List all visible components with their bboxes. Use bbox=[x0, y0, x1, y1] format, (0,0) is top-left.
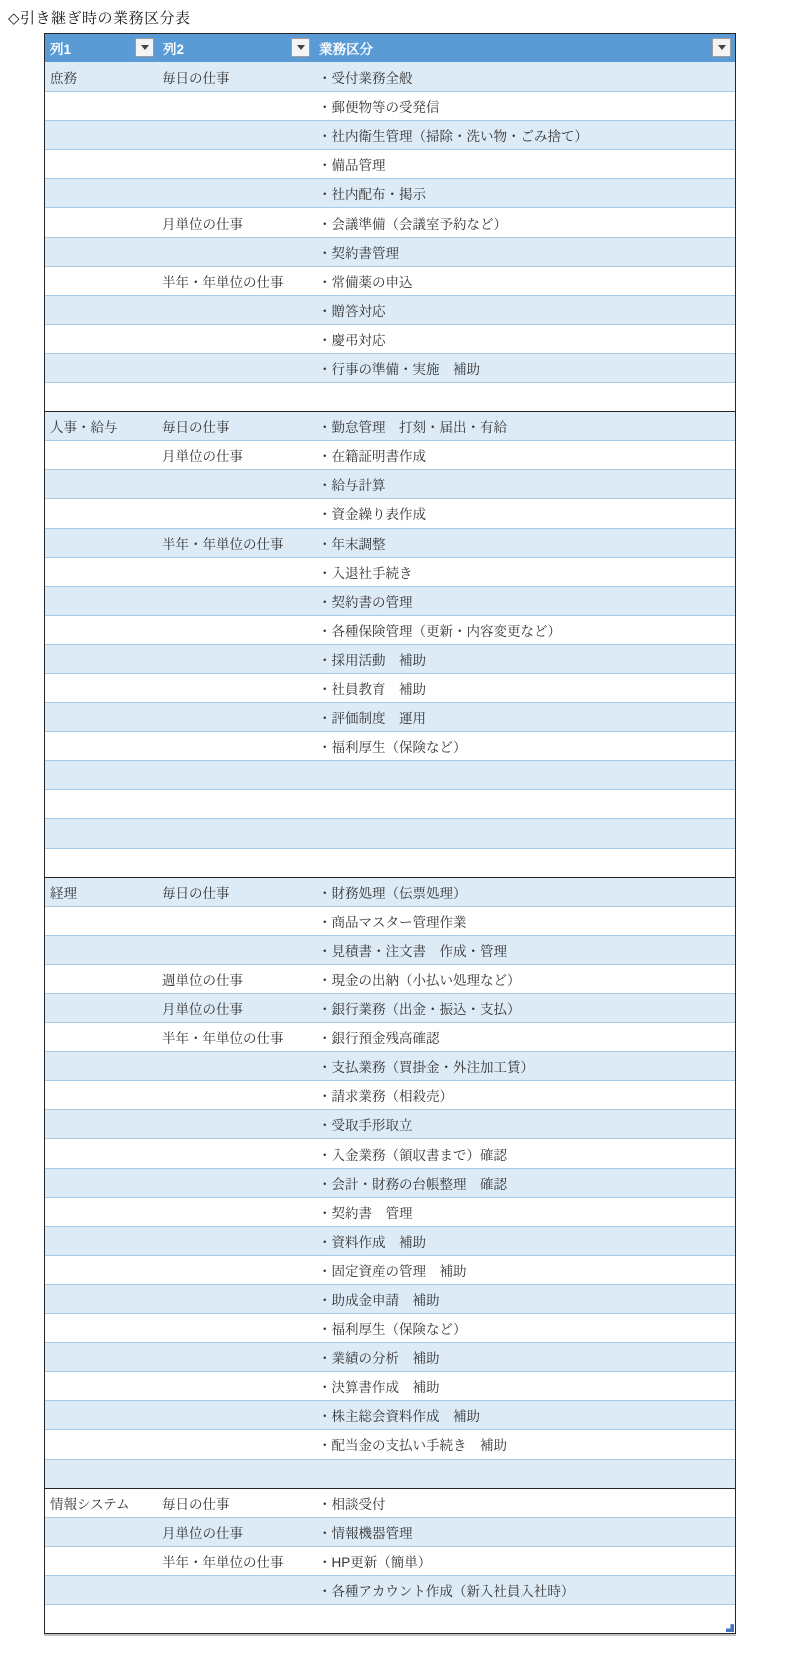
cell-task[interactable]: ・固定資産の管理 補助 bbox=[314, 1256, 735, 1284]
cell-task[interactable]: ・郵便物等の受発信 bbox=[314, 92, 735, 120]
cell-task[interactable]: ・見積書・注文書 作成・管理 bbox=[314, 936, 735, 964]
filter-dropdown-button-col1[interactable] bbox=[135, 38, 154, 57]
cell-task[interactable]: ・社内配布・掲示 bbox=[314, 179, 735, 207]
table-row bbox=[45, 789, 735, 818]
cell-category[interactable] bbox=[45, 238, 158, 266]
cell-category[interactable] bbox=[45, 1285, 158, 1313]
table-row: 半年・年単位の仕事 ・銀行預金残高確認 bbox=[45, 1022, 735, 1051]
table-row bbox=[45, 1459, 735, 1488]
cell-work-cycle[interactable] bbox=[158, 1605, 314, 1633]
cell-work-cycle[interactable] bbox=[158, 1198, 314, 1226]
cell-category[interactable] bbox=[45, 732, 158, 760]
cell-work-cycle[interactable]: 毎日の仕事 bbox=[158, 62, 314, 91]
cell-task[interactable]: ・資金繰り表作成 bbox=[314, 499, 735, 527]
cell-work-cycle[interactable] bbox=[158, 1256, 314, 1284]
header-label-col2: 列2 bbox=[163, 38, 184, 58]
cell-category[interactable] bbox=[45, 994, 158, 1022]
cell-work-cycle[interactable] bbox=[158, 1372, 314, 1400]
cell-work-cycle[interactable] bbox=[158, 121, 314, 149]
table-row: 月単位の仕事 ・銀行業務（出金・振込・支払） bbox=[45, 993, 735, 1022]
cell-category[interactable] bbox=[45, 1052, 158, 1080]
filter-dropdown-button-gyomu-kubun[interactable] bbox=[712, 38, 731, 57]
table-row: ・契約書 管理 bbox=[45, 1197, 735, 1226]
cell-category[interactable] bbox=[45, 354, 158, 382]
table-row: ・入金業務（領収書まで）確認 bbox=[45, 1138, 735, 1167]
cell-category[interactable] bbox=[45, 150, 158, 178]
cell-task[interactable]: ・入金業務（領収書まで）確認 bbox=[314, 1139, 735, 1167]
cell-category[interactable] bbox=[45, 1169, 158, 1197]
table-row: ・資料作成 補助 bbox=[45, 1226, 735, 1255]
cell-category[interactable] bbox=[45, 965, 158, 993]
table-row: ・入退社手続き bbox=[45, 557, 735, 586]
table-row: ・福利厚生（保険など） bbox=[45, 731, 735, 760]
cell-work-cycle[interactable]: 月単位の仕事 bbox=[158, 441, 314, 469]
header-label-gyomu-kubun: 業務区分 bbox=[319, 38, 373, 58]
table-row: ・契約書の管理 bbox=[45, 586, 735, 615]
cell-work-cycle[interactable]: 月単位の仕事 bbox=[158, 1518, 314, 1546]
cell-work-cycle[interactable]: 月単位の仕事 bbox=[158, 208, 314, 236]
cell-category[interactable] bbox=[45, 674, 158, 702]
table-row: ・郵便物等の受発信 bbox=[45, 91, 735, 120]
cell-work-cycle[interactable]: 半年・年単位の仕事 bbox=[158, 1547, 314, 1575]
cell-category[interactable] bbox=[45, 267, 158, 295]
cell-task[interactable]: ・受取手形取立 bbox=[314, 1110, 735, 1138]
cell-work-cycle[interactable] bbox=[158, 1169, 314, 1197]
cell-work-cycle[interactable] bbox=[158, 296, 314, 324]
cell-category[interactable] bbox=[45, 470, 158, 498]
table-row: ・給与計算 bbox=[45, 469, 735, 498]
cell-task[interactable]: ・相談受付 bbox=[314, 1489, 735, 1517]
cell-category[interactable] bbox=[45, 383, 158, 411]
cell-task[interactable]: ・常備薬の申込 bbox=[314, 267, 735, 295]
cell-task[interactable]: ・商品マスター管理作業 bbox=[314, 907, 735, 935]
filter-dropdown-button-col2[interactable] bbox=[291, 38, 310, 57]
table-row bbox=[45, 848, 735, 877]
cell-category[interactable] bbox=[45, 1227, 158, 1255]
table-row: ・固定資産の管理 補助 bbox=[45, 1255, 735, 1284]
cell-task[interactable] bbox=[314, 761, 735, 789]
table-row: 月単位の仕事 ・在籍証明書作成 bbox=[45, 440, 735, 469]
chevron-down-icon bbox=[297, 45, 305, 50]
cell-work-cycle[interactable] bbox=[158, 790, 314, 818]
cell-task[interactable]: ・慶弔対応 bbox=[314, 325, 735, 353]
cell-task[interactable]: ・社内衛生管理（掃除・洗い物・ごみ捨て） bbox=[314, 121, 735, 149]
header-cell-col2[interactable]: 列2 bbox=[158, 34, 314, 62]
cell-work-cycle[interactable] bbox=[158, 761, 314, 789]
table-row: 半年・年単位の仕事 ・HP更新（簡単） bbox=[45, 1546, 735, 1575]
cell-category[interactable] bbox=[45, 849, 158, 877]
table-row: 庶務 毎日の仕事 ・受付業務全般 bbox=[45, 62, 735, 91]
cell-category[interactable] bbox=[45, 121, 158, 149]
cell-task[interactable]: ・業績の分析 補助 bbox=[314, 1343, 735, 1371]
cell-work-cycle[interactable] bbox=[158, 238, 314, 266]
cell-task[interactable]: ・決算書作成 補助 bbox=[314, 1372, 735, 1400]
cell-task[interactable]: ・受付業務全般 bbox=[314, 62, 735, 91]
cell-work-cycle[interactable] bbox=[158, 1576, 314, 1604]
cell-category[interactable] bbox=[45, 790, 158, 818]
cell-work-cycle[interactable] bbox=[158, 907, 314, 935]
table-row: 経理 毎日の仕事 ・財務処理（伝票処理） bbox=[45, 877, 735, 906]
cell-task[interactable]: ・福利厚生（保険など） bbox=[314, 732, 735, 760]
table-row: ・社員教育 補助 bbox=[45, 673, 735, 702]
table-row: 半年・年単位の仕事 ・年末調整 bbox=[45, 528, 735, 557]
cell-category[interactable] bbox=[45, 1343, 158, 1371]
cell-task[interactable]: ・行事の準備・実施 補助 bbox=[314, 354, 735, 382]
cell-work-cycle[interactable] bbox=[158, 470, 314, 498]
cell-work-cycle[interactable] bbox=[158, 499, 314, 527]
table-row: 人事・給与 毎日の仕事 ・勤怠管理 打刻・届出・有給 bbox=[45, 411, 735, 440]
cell-work-cycle[interactable] bbox=[158, 558, 314, 586]
cell-category[interactable] bbox=[45, 936, 158, 964]
cell-work-cycle[interactable] bbox=[158, 674, 314, 702]
table-row: ・贈答対応 bbox=[45, 295, 735, 324]
cell-work-cycle[interactable] bbox=[158, 1343, 314, 1371]
table-row: ・支払業務（買掛金・外注加工賃） bbox=[45, 1051, 735, 1080]
table-row: ・福利厚生（保険など） bbox=[45, 1313, 735, 1342]
cell-category[interactable] bbox=[45, 558, 158, 586]
cell-task[interactable]: ・資料作成 補助 bbox=[314, 1227, 735, 1255]
cell-work-cycle[interactable] bbox=[158, 1460, 314, 1488]
cell-category[interactable] bbox=[45, 1023, 158, 1051]
cell-category[interactable] bbox=[45, 441, 158, 469]
cell-category[interactable] bbox=[45, 1110, 158, 1138]
cell-task[interactable]: ・給与計算 bbox=[314, 470, 735, 498]
cell-category[interactable] bbox=[45, 1081, 158, 1109]
cell-task[interactable]: ・銀行業務（出金・振込・支払） bbox=[314, 994, 735, 1022]
cell-work-cycle[interactable] bbox=[158, 1430, 314, 1458]
cell-category[interactable] bbox=[45, 587, 158, 615]
cell-task[interactable]: ・請求業務（相殺売） bbox=[314, 1081, 735, 1109]
cell-work-cycle[interactable] bbox=[158, 645, 314, 673]
cell-work-cycle[interactable]: 半年・年単位の仕事 bbox=[158, 267, 314, 295]
cell-task[interactable]: ・会議準備（会議室予約など） bbox=[314, 208, 735, 236]
cell-task[interactable]: ・情報機器管理 bbox=[314, 1518, 735, 1546]
cell-work-cycle[interactable] bbox=[158, 179, 314, 207]
cell-category[interactable] bbox=[45, 1430, 158, 1458]
cell-task[interactable]: ・助成金申請 補助 bbox=[314, 1285, 735, 1313]
cell-category[interactable] bbox=[45, 703, 158, 731]
cell-task[interactable]: ・社員教育 補助 bbox=[314, 674, 735, 702]
cell-category[interactable] bbox=[45, 645, 158, 673]
table-body: 庶務 毎日の仕事 ・受付業務全般 ・郵便物等の受発信 ・社内衛生管理（掃除・洗い… bbox=[45, 62, 735, 1633]
table-row: ・株主総会資料作成 補助 bbox=[45, 1400, 735, 1429]
chevron-down-icon bbox=[718, 45, 726, 50]
cell-task[interactable]: ・支払業務（買掛金・外注加工賃） bbox=[314, 1052, 735, 1080]
table-row: ・契約書管理 bbox=[45, 237, 735, 266]
cell-category[interactable] bbox=[45, 1460, 158, 1488]
cell-work-cycle[interactable] bbox=[158, 325, 314, 353]
table-row: ・社内配布・掲示 bbox=[45, 178, 735, 207]
cell-task[interactable] bbox=[314, 790, 735, 818]
cell-category[interactable] bbox=[45, 1198, 158, 1226]
table-row: ・受取手形取立 bbox=[45, 1109, 735, 1138]
cell-category[interactable]: 人事・給与 bbox=[45, 412, 158, 440]
header-label-col1: 列1 bbox=[50, 38, 71, 58]
table-row: 週単位の仕事 ・現金の出納（小払い処理など） bbox=[45, 964, 735, 993]
cell-category[interactable] bbox=[45, 819, 158, 847]
table-row: ・業績の分析 補助 bbox=[45, 1342, 735, 1371]
cell-work-cycle[interactable] bbox=[158, 383, 314, 411]
cell-task[interactable]: ・備品管理 bbox=[314, 150, 735, 178]
cell-category[interactable]: 庶務 bbox=[45, 62, 158, 91]
cell-task[interactable]: ・在籍証明書作成 bbox=[314, 441, 735, 469]
cell-work-cycle[interactable] bbox=[158, 732, 314, 760]
cell-work-cycle[interactable]: 月単位の仕事 bbox=[158, 994, 314, 1022]
cell-task[interactable]: ・勤怠管理 打刻・届出・有給 bbox=[314, 412, 735, 440]
cell-category[interactable] bbox=[45, 92, 158, 120]
cell-task[interactable] bbox=[314, 819, 735, 847]
cell-work-cycle[interactable] bbox=[158, 587, 314, 615]
table-row: ・採用活動 補助 bbox=[45, 644, 735, 673]
cell-work-cycle[interactable] bbox=[158, 354, 314, 382]
cell-task[interactable]: ・契約書の管理 bbox=[314, 587, 735, 615]
cell-category[interactable] bbox=[45, 1372, 158, 1400]
cell-work-cycle[interactable]: 毎日の仕事 bbox=[158, 1489, 314, 1517]
cell-category[interactable] bbox=[45, 1401, 158, 1429]
header-cell-gyomu-kubun[interactable]: 業務区分 bbox=[314, 34, 735, 62]
cell-task[interactable]: ・各種アカウント作成（新入社員入社時） bbox=[314, 1576, 735, 1604]
cell-work-cycle[interactable] bbox=[158, 150, 314, 178]
cell-work-cycle[interactable] bbox=[158, 1110, 314, 1138]
cell-work-cycle[interactable] bbox=[158, 1052, 314, 1080]
cell-category[interactable]: 経理 bbox=[45, 878, 158, 906]
cell-category[interactable] bbox=[45, 761, 158, 789]
business-classification-table: 列1 列2 業務区分 庶務 毎日の仕事 ・受付業務全般 ・郵便物等の受発信 ・社… bbox=[44, 33, 736, 1634]
cell-task[interactable]: ・契約書管理 bbox=[314, 238, 735, 266]
cell-task[interactable] bbox=[314, 383, 735, 411]
cell-category[interactable] bbox=[45, 1314, 158, 1342]
cell-category[interactable] bbox=[45, 499, 158, 527]
cell-task[interactable]: ・福利厚生（保険など） bbox=[314, 1314, 735, 1342]
table-row: ・商品マスター管理作業 bbox=[45, 906, 735, 935]
cell-category[interactable] bbox=[45, 616, 158, 644]
cell-task[interactable]: ・採用活動 補助 bbox=[314, 645, 735, 673]
cell-work-cycle[interactable] bbox=[158, 819, 314, 847]
cell-task[interactable]: ・評価制度 運用 bbox=[314, 703, 735, 731]
header-cell-col1[interactable]: 列1 bbox=[45, 34, 158, 62]
cell-work-cycle[interactable]: 週単位の仕事 bbox=[158, 965, 314, 993]
cell-work-cycle[interactable]: 毎日の仕事 bbox=[158, 878, 314, 906]
table-row bbox=[45, 818, 735, 847]
table-row: ・見積書・注文書 作成・管理 bbox=[45, 935, 735, 964]
table-row: 月単位の仕事 ・情報機器管理 bbox=[45, 1517, 735, 1546]
cell-task[interactable] bbox=[314, 849, 735, 877]
cell-work-cycle[interactable] bbox=[158, 936, 314, 964]
cell-task[interactable]: ・現金の出納（小払い処理など） bbox=[314, 965, 735, 993]
table-row bbox=[45, 760, 735, 789]
cell-task[interactable]: ・配当金の支払い手続き 補助 bbox=[314, 1430, 735, 1458]
table-row: ・評価制度 運用 bbox=[45, 702, 735, 731]
cell-category[interactable] bbox=[45, 325, 158, 353]
table-row bbox=[45, 1604, 735, 1633]
cell-category[interactable] bbox=[45, 529, 158, 557]
cell-category[interactable] bbox=[45, 1547, 158, 1575]
cell-work-cycle[interactable] bbox=[158, 1314, 314, 1342]
table-header-row: 列1 列2 業務区分 bbox=[45, 34, 735, 62]
cell-work-cycle[interactable] bbox=[158, 1227, 314, 1255]
cell-category[interactable]: 情報システム bbox=[45, 1489, 158, 1517]
cell-task[interactable] bbox=[314, 1605, 735, 1633]
cell-work-cycle[interactable]: 半年・年単位の仕事 bbox=[158, 1023, 314, 1051]
cell-task[interactable]: ・財務処理（伝票処理） bbox=[314, 878, 735, 906]
cell-category[interactable] bbox=[45, 1576, 158, 1604]
cell-task[interactable]: ・契約書 管理 bbox=[314, 1198, 735, 1226]
cell-task[interactable]: ・年末調整 bbox=[314, 529, 735, 557]
table-row: ・備品管理 bbox=[45, 149, 735, 178]
cell-category[interactable] bbox=[45, 1256, 158, 1284]
cell-task[interactable]: ・贈答対応 bbox=[314, 296, 735, 324]
cell-category[interactable] bbox=[45, 208, 158, 236]
cell-task[interactable] bbox=[314, 1460, 735, 1488]
table-row: ・助成金申請 補助 bbox=[45, 1284, 735, 1313]
table-row: 情報システム 毎日の仕事 ・相談受付 bbox=[45, 1488, 735, 1517]
cell-work-cycle[interactable]: 毎日の仕事 bbox=[158, 412, 314, 440]
cell-category[interactable] bbox=[45, 1518, 158, 1546]
cell-work-cycle[interactable] bbox=[158, 1401, 314, 1429]
cell-work-cycle[interactable] bbox=[158, 616, 314, 644]
cell-category[interactable] bbox=[45, 1605, 158, 1633]
cell-work-cycle[interactable] bbox=[158, 1285, 314, 1313]
cell-task[interactable]: ・株主総会資料作成 補助 bbox=[314, 1401, 735, 1429]
table-row: ・請求業務（相殺売） bbox=[45, 1080, 735, 1109]
cell-task[interactable]: ・入退社手続き bbox=[314, 558, 735, 586]
cell-category[interactable] bbox=[45, 1139, 158, 1167]
table-row: 月単位の仕事 ・会議準備（会議室予約など） bbox=[45, 207, 735, 236]
table-row: ・慶弔対応 bbox=[45, 324, 735, 353]
cell-work-cycle[interactable] bbox=[158, 92, 314, 120]
table-row: ・決算書作成 補助 bbox=[45, 1371, 735, 1400]
table-row: ・配当金の支払い手続き 補助 bbox=[45, 1429, 735, 1458]
cell-work-cycle[interactable] bbox=[158, 1081, 314, 1109]
cell-task[interactable]: ・HP更新（簡単） bbox=[314, 1547, 735, 1575]
table-row: 半年・年単位の仕事 ・常備薬の申込 bbox=[45, 266, 735, 295]
cell-work-cycle[interactable] bbox=[158, 849, 314, 877]
cell-category[interactable] bbox=[45, 179, 158, 207]
table-row: ・行事の準備・実施 補助 bbox=[45, 353, 735, 382]
cell-work-cycle[interactable] bbox=[158, 703, 314, 731]
table-row: ・各種アカウント作成（新入社員入社時） bbox=[45, 1575, 735, 1604]
table-row: ・会計・財務の台帳整理 確認 bbox=[45, 1168, 735, 1197]
cell-category[interactable] bbox=[45, 907, 158, 935]
cell-category[interactable] bbox=[45, 296, 158, 324]
table-row: ・社内衛生管理（掃除・洗い物・ごみ捨て） bbox=[45, 120, 735, 149]
cell-work-cycle[interactable]: 半年・年単位の仕事 bbox=[158, 529, 314, 557]
chevron-down-icon bbox=[141, 45, 149, 50]
table-row bbox=[45, 382, 735, 411]
table-row: ・資金繰り表作成 bbox=[45, 498, 735, 527]
table-row: ・各種保険管理（更新・内容変更など） bbox=[45, 615, 735, 644]
cell-task[interactable]: ・会計・財務の台帳整理 確認 bbox=[314, 1169, 735, 1197]
cell-task[interactable]: ・各種保険管理（更新・内容変更など） bbox=[314, 616, 735, 644]
cell-work-cycle[interactable] bbox=[158, 1139, 314, 1167]
cell-task[interactable]: ・銀行預金残高確認 bbox=[314, 1023, 735, 1051]
page-title: ◇引き継ぎ時の業務区分表 bbox=[8, 7, 191, 28]
